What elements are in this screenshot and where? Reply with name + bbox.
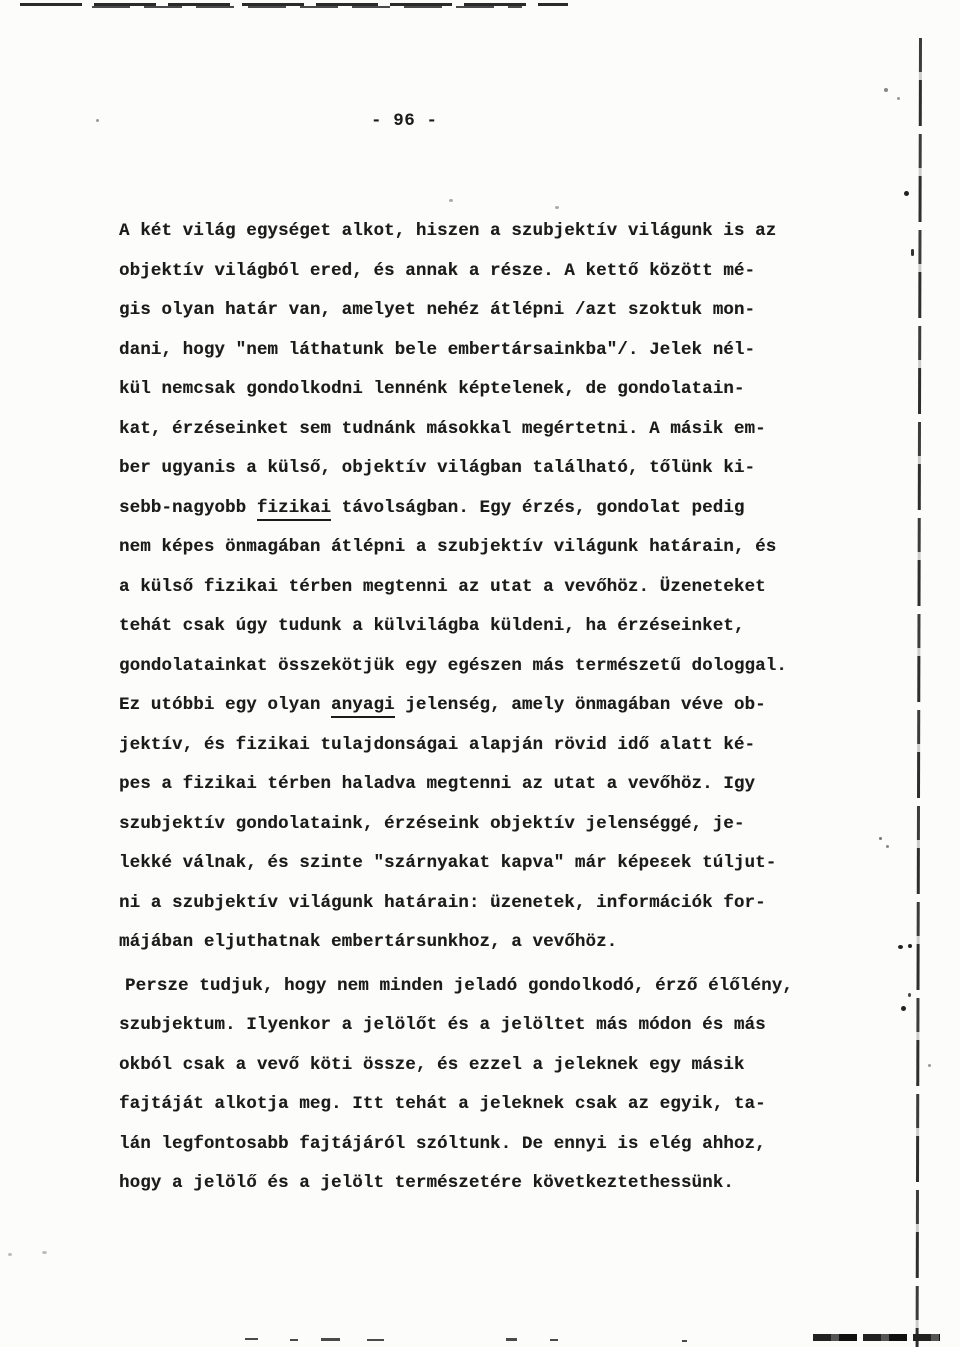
text-line: fajtáját alkotja meg. Itt tehát a jelekn… xyxy=(119,1085,819,1125)
text-line: szubjektum. Ilyenkor a jelölőt és a jelö… xyxy=(119,1006,819,1046)
text-line: A két világ egységet alkot, hiszen a szu… xyxy=(119,212,819,252)
text-segment: jelenség, amely önmagában véve ob- xyxy=(395,695,766,715)
text-line: tehát csak úgy tudunk a külvilágba külde… xyxy=(119,607,819,647)
text-line: a külső fizikai térben megtenni az utat … xyxy=(119,568,819,608)
scan-speck xyxy=(8,1253,12,1256)
scan-speck xyxy=(449,199,453,202)
scan-speck xyxy=(884,88,888,92)
scan-speck xyxy=(879,837,882,840)
scan-artifact-bottom-dash xyxy=(321,1338,340,1341)
text-line: lekké válnak, és szinte "szárnyakat kapv… xyxy=(119,844,819,884)
text-line: kat, érzéseinket sem tudnánk másokkal me… xyxy=(119,410,819,450)
underlined-term: fizikai xyxy=(257,498,331,521)
scan-artifact-bottom-dash xyxy=(682,1340,687,1342)
scan-artifact-bottom-dash xyxy=(550,1339,558,1341)
text-line: sebb-nagyobb fizikai távolságban. Egy ér… xyxy=(119,489,819,529)
scan-speck xyxy=(928,1064,931,1067)
scan-speck xyxy=(96,119,99,122)
underlined-term: anyagi xyxy=(331,695,395,718)
scan-speck xyxy=(42,1251,47,1254)
scan-speck xyxy=(886,845,889,848)
text-line: ber ugyanis a külső, objektív világban t… xyxy=(119,449,819,489)
text-segment: sebb-nagyobb xyxy=(119,498,257,518)
text-line: Ez utóbbi egy olyan anyagi jelenség, ame… xyxy=(119,686,819,726)
page-number: - 96 - xyxy=(371,110,438,132)
text-line: kül nemcsak gondolkodni lennénk képtelen… xyxy=(119,370,819,410)
scan-artifact-bottom-dash xyxy=(367,1339,384,1341)
scan-speck xyxy=(908,944,912,948)
scan-speck xyxy=(897,97,900,100)
scan-artifact-bottom-dash xyxy=(290,1339,298,1341)
text-line: dani, hogy "nem láthatunk bele embertárs… xyxy=(119,331,819,371)
text-line: nem képes önmagában átlépni a szubjektív… xyxy=(119,528,819,568)
scan-speck xyxy=(908,993,911,997)
text-line: ni a szubjektív világunk határain: üzene… xyxy=(119,884,819,924)
text-line: objektív világból ered, és annak a része… xyxy=(119,252,819,292)
text-segment: távolságban. Egy érzés, gondolat pedig xyxy=(331,498,744,518)
text-line: okból csak a vevő köti össze, és ezzel a… xyxy=(119,1046,819,1086)
scan-speck xyxy=(904,191,909,196)
scan-speck xyxy=(555,206,559,209)
text-line: hogy a jelölő és a jelölt természetére k… xyxy=(119,1164,819,1204)
scan-speck xyxy=(898,945,903,949)
text-line: gondolatainkat összekötjük egy egészen m… xyxy=(119,647,819,687)
scan-artifact-bottom-dash xyxy=(245,1338,258,1340)
scan-artifact-top-edge-line-thin xyxy=(92,6,522,8)
text-segment: Ez utóbbi egy olyan xyxy=(119,695,331,715)
scan-speck xyxy=(911,249,914,256)
body-text: A két világ egységet alkot, hiszen a szu… xyxy=(119,212,819,1204)
text-line: Persze tudjuk, hogy nem minden jeladó go… xyxy=(119,967,819,1007)
scan-artifact-page-edge-line xyxy=(916,38,922,1347)
scan-artifact-bottom-dash xyxy=(506,1338,517,1341)
scan-artifact-bottom-smudge xyxy=(813,1334,940,1341)
text-line: gis olyan határ van, amelyet nehéz átlép… xyxy=(119,291,819,331)
scanned-document-page: - 96 - A két világ egységet alkot, hisze… xyxy=(0,0,960,1347)
text-line: szubjektív gondolataink, érzéseink objek… xyxy=(119,805,819,845)
scan-speck xyxy=(901,1006,906,1011)
text-line: lán legfontosabb fajtájáról szóltunk. De… xyxy=(119,1125,819,1165)
text-line: májában eljuthatnak embertársunkhoz, a v… xyxy=(119,923,819,963)
text-line: pes a fizikai térben haladva megtenni az… xyxy=(119,765,819,805)
text-line: jektív, és fizikai tulajdonságai alapján… xyxy=(119,726,819,766)
